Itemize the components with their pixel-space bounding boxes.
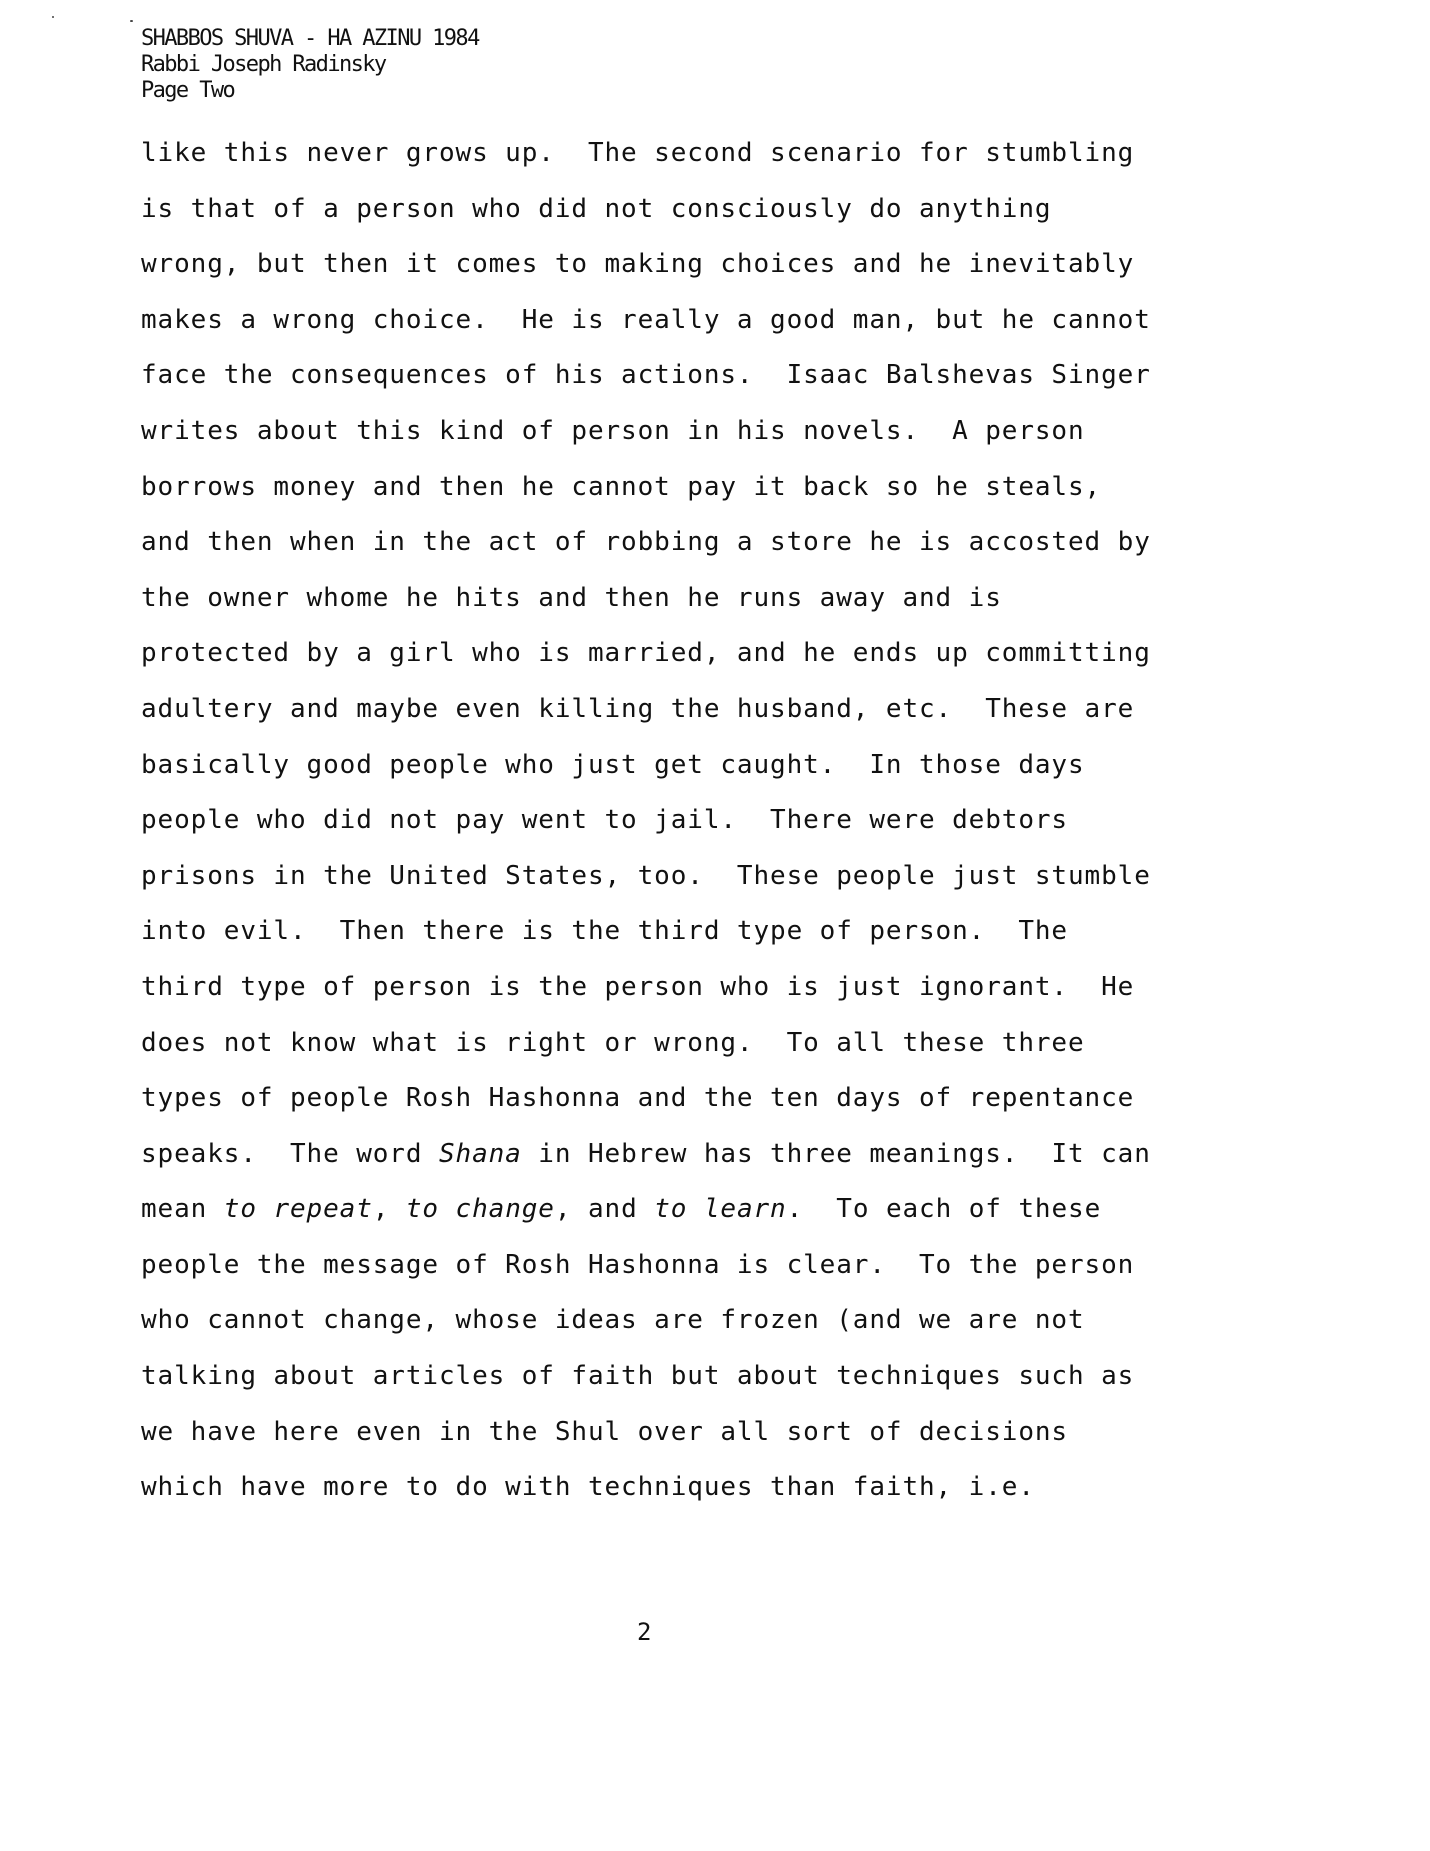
text-line: third type of person is the person who i… [141,960,1151,1016]
text-line: is that of a person who did not consciou… [141,182,1151,238]
text-run: makes a wrong choice. He is really a goo… [141,305,1151,335]
document-header: SHABBOS SHUVA - HA AZINU 1984 Rabbi Jose… [141,26,479,104]
scan-speck [130,20,133,22]
text-line: speaks. The word Shana in Hebrew has thr… [141,1127,1151,1183]
text-run: like this never grows up. The second sce… [141,138,1134,168]
text-line: mean to repeat, to change, and to learn.… [141,1182,1151,1238]
text-line: face the consequences of his actions. Is… [141,348,1151,404]
text-line: adultery and maybe even killing the husb… [141,682,1151,738]
text-run: in Hebrew has three meanings. It can [522,1139,1151,1169]
italic-term: to change [406,1194,555,1224]
text-line: borrows money and then he cannot pay it … [141,460,1151,516]
italic-term: Shana [439,1139,522,1169]
text-run: and then when in the act of robbing a st… [141,527,1151,557]
text-run: face the consequences of his actions. Is… [141,360,1151,390]
text-run: mean [141,1194,224,1224]
text-run: borrows money and then he cannot pay it … [141,472,1101,502]
text-run: does not know what is right or wrong. To… [141,1028,1085,1058]
text-run: protected by a girl who is married, and … [141,638,1151,668]
text-run: which have more to do with techniques th… [141,1472,1035,1502]
text-line: basically good people who just get caugh… [141,738,1151,794]
text-run: people who did not pay went to jail. The… [141,805,1068,835]
text-line: prisons in the United States, too. These… [141,849,1151,905]
body-text: like this never grows up. The second sce… [141,126,1151,1516]
text-run: writes about this kind of person in his … [141,416,1085,446]
text-run: , [373,1194,406,1224]
text-run: talking about articles of faith but abou… [141,1361,1134,1391]
text-line: does not know what is right or wrong. To… [141,1016,1151,1072]
document-page: SHABBOS SHUVA - HA AZINU 1984 Rabbi Jose… [0,0,1430,1851]
text-line: wrong, but then it comes to making choic… [141,237,1151,293]
text-run: basically good people who just get caugh… [141,750,1085,780]
scan-speck [52,16,54,18]
text-line: people who did not pay went to jail. The… [141,793,1151,849]
text-line: writes about this kind of person in his … [141,404,1151,460]
page-label: Page Two [141,78,479,104]
text-run: the owner whome he hits and then he runs… [141,583,1002,613]
text-line: protected by a girl who is married, and … [141,626,1151,682]
text-run: who cannot change, whose ideas are froze… [141,1305,1085,1335]
text-line: people the message of Rosh Hashonna is c… [141,1238,1151,1294]
text-run: speaks. The word [141,1139,439,1169]
italic-term: to learn [654,1194,786,1224]
text-line: talking about articles of faith but abou… [141,1349,1151,1405]
text-line: like this never grows up. The second sce… [141,126,1151,182]
italic-term: to repeat [224,1194,373,1224]
text-run: . To each of these [787,1194,1102,1224]
page-number: 2 [637,1618,651,1646]
text-run: is that of a person who did not consciou… [141,194,1051,224]
text-run: third type of person is the person who i… [141,972,1134,1002]
text-line: into evil. Then there is the third type … [141,904,1151,960]
text-run: adultery and maybe even killing the husb… [141,694,1134,724]
text-run: types of people Rosh Hashonna and the te… [141,1083,1134,1113]
text-line: which have more to do with techniques th… [141,1460,1151,1516]
text-run: , and [555,1194,654,1224]
text-run: people the message of Rosh Hashonna is c… [141,1250,1134,1280]
text-line: makes a wrong choice. He is really a goo… [141,293,1151,349]
text-line: and then when in the act of robbing a st… [141,515,1151,571]
text-line: types of people Rosh Hashonna and the te… [141,1071,1151,1127]
text-run: into evil. Then there is the third type … [141,916,1068,946]
text-run: wrong, but then it comes to making choic… [141,249,1134,279]
text-line: the owner whome he hits and then he runs… [141,571,1151,627]
document-title: SHABBOS SHUVA - HA AZINU 1984 [141,26,479,52]
text-line: we have here even in the Shul over all s… [141,1405,1151,1461]
text-run: we have here even in the Shul over all s… [141,1417,1068,1447]
text-line: who cannot change, whose ideas are froze… [141,1293,1151,1349]
document-author: Rabbi Joseph Radinsky [141,52,479,78]
text-run: prisons in the United States, too. These… [141,861,1151,891]
